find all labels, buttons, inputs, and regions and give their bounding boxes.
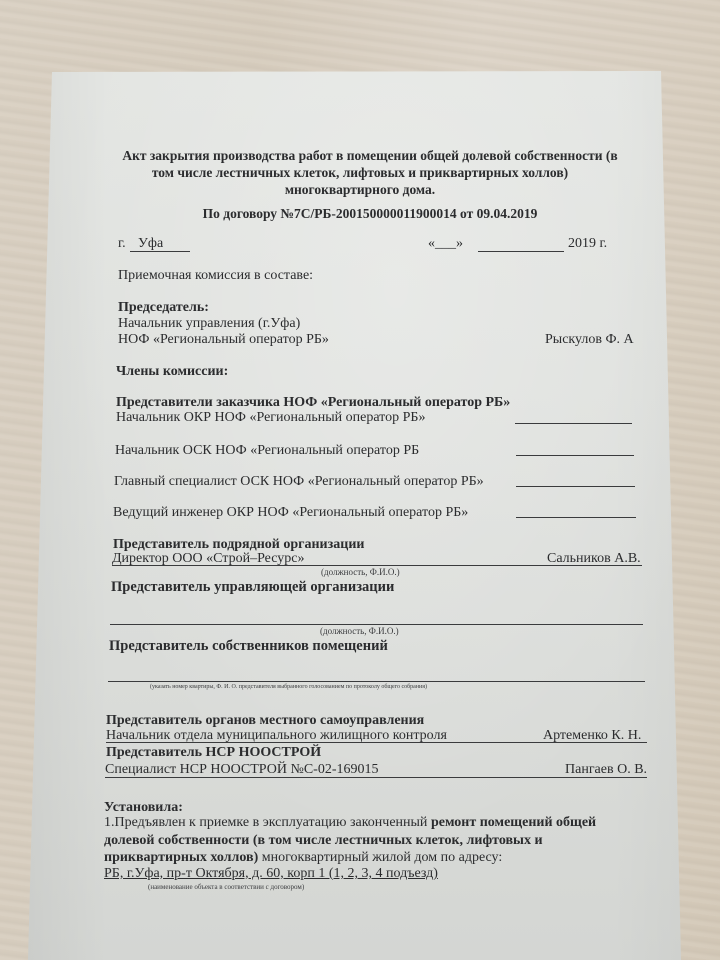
chairman-name: Рыскулов Ф. А xyxy=(545,332,634,348)
contractor-caption: (должность, Ф.И.О.) xyxy=(321,567,400,577)
established-line-1: 1.Предъявлен к приемке в эксплуатацию за… xyxy=(104,815,596,831)
local-gov-heading: Представитель органов местного самоуправ… xyxy=(106,713,424,729)
contract-line: По договору №7С/РБ-200150000011900014 от… xyxy=(110,205,630,222)
title-line-2: том числе лестничных клеток, лифтовых и … xyxy=(110,164,610,181)
nostroy-underline xyxy=(105,777,647,778)
owners-caption: (указать номер квартиры, Ф. И. О. предст… xyxy=(150,683,427,691)
customer-rep-1: Начальник ОКР НОФ «Региональный оператор… xyxy=(116,410,425,426)
title-line-3: многоквартирного дома. xyxy=(110,181,610,198)
signature-line-1 xyxy=(515,423,632,424)
date-day-field: «___» xyxy=(428,236,463,252)
contractor-underline xyxy=(112,565,642,566)
commission-intro: Приемочная комиссия в составе: xyxy=(118,268,313,284)
management-heading: Представитель управляющей организации xyxy=(111,579,394,595)
chairman-position-2: НОФ «Региональный оператор РБ» xyxy=(118,332,329,348)
year-label: 2019 г. xyxy=(568,236,607,252)
customer-rep-4: Ведущий инженер ОКР НОФ «Региональный оп… xyxy=(113,505,468,521)
established-line-1-bold: ремонт помещений общей xyxy=(431,815,596,830)
city-prefix: г. xyxy=(118,236,126,252)
nostroy-heading: Представитель НСР НООСТРОЙ xyxy=(106,745,321,761)
signature-line-2 xyxy=(516,455,634,456)
object-address: РБ, г.Уфа, пр-т Октября, д. 60, корп 1 (… xyxy=(104,866,438,882)
established-line-3-bold: приквартирных холлов) xyxy=(104,850,258,865)
title-line-1: Акт закрытия производства работ в помеще… xyxy=(110,147,630,164)
established-line-3-regular: многоквартирный жилой дом по адресу: xyxy=(258,850,502,865)
established-line-2: долевой собственности (в том числе лестн… xyxy=(104,833,543,849)
established-heading: Установила: xyxy=(104,800,183,816)
signature-line-4 xyxy=(516,517,636,518)
management-caption: (должность, Ф.И.О.) xyxy=(320,626,399,636)
established-line-3: приквартирных холлов) многоквартирный жи… xyxy=(104,850,502,866)
owners-heading: Представитель собственников помещений xyxy=(109,638,388,654)
nostroy-name: Пангаев О. В. xyxy=(565,762,647,778)
customer-rep-2: Начальник ОСК НОФ «Региональный оператор… xyxy=(115,443,419,459)
management-line xyxy=(110,624,643,625)
signature-line-3 xyxy=(516,486,635,487)
members-heading: Члены комиссии: xyxy=(116,364,228,380)
chairman-position-1: Начальник управления (г.Уфа) xyxy=(118,316,300,332)
address-caption: (наименование объекта в соответствии с д… xyxy=(148,883,304,891)
established-line-1-regular: 1.Предъявлен к приемке в эксплуатацию за… xyxy=(104,815,431,830)
date-month-field xyxy=(478,251,564,252)
city-field: Уфа xyxy=(130,236,190,252)
customer-reps-heading: Представители заказчика НОФ «Региональны… xyxy=(116,395,510,411)
customer-rep-3: Главный специалист ОСК НОФ «Региональный… xyxy=(114,474,484,490)
owners-line xyxy=(108,681,645,682)
chairman-heading: Председатель: xyxy=(118,300,209,316)
local-gov-underline xyxy=(106,742,647,743)
nostroy-position: Специалист НСР НООСТРОЙ №С-02-169015 xyxy=(105,762,379,778)
